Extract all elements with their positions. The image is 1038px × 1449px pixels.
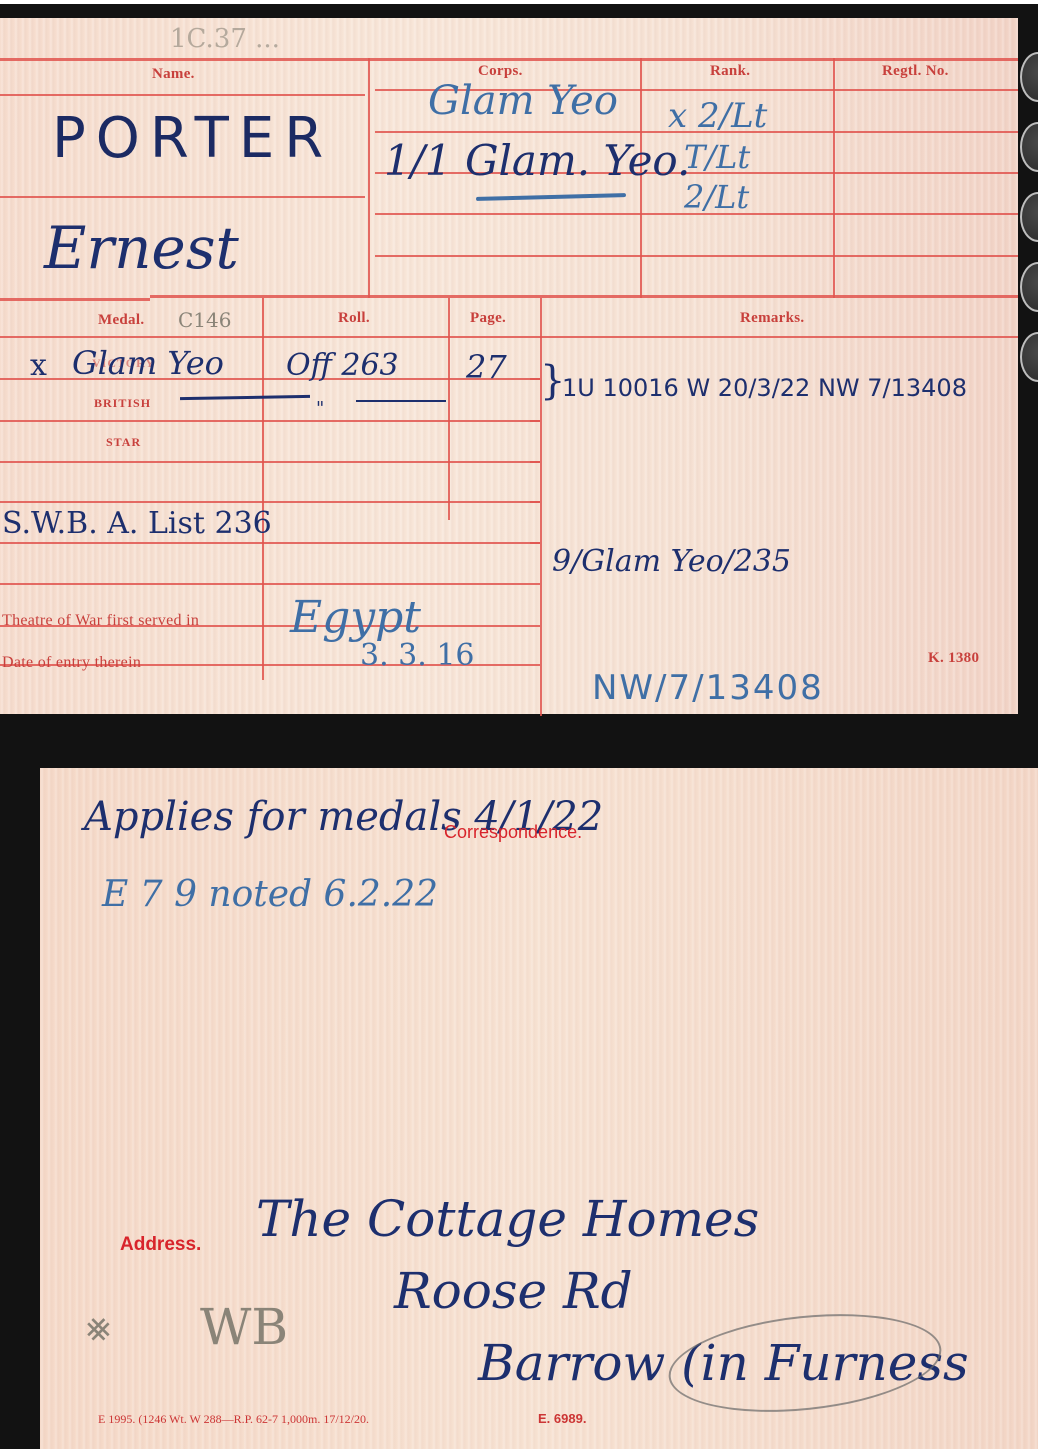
label-remarks: Remarks. <box>740 310 804 327</box>
rule-v <box>262 298 264 680</box>
label-theatre: Theatre of War first served in <box>2 612 199 630</box>
label-address: Address. <box>120 1234 201 1256</box>
rule <box>530 542 540 544</box>
footer-print: E 1995. (1246 Wt. W 288—R.P. 62-7 1,000m… <box>98 1412 369 1427</box>
label-correspondence: Correspondence. <box>444 822 582 843</box>
rule-v <box>368 58 370 298</box>
rule <box>150 295 1018 298</box>
rule <box>0 420 540 422</box>
corps-underline <box>476 193 626 201</box>
rule <box>0 542 540 544</box>
swb-list: S.W.B. A. List 236 <box>2 506 272 541</box>
label-british: British <box>94 396 151 411</box>
corps-line-2: 1/1 Glam. Yeo. <box>384 136 690 185</box>
medal-card-back: Applies for medals 4/1/22 Correspondence… <box>40 768 1038 1449</box>
remarks-line-1: 1U 10016 W 20/3/22 NW 7/13408 <box>562 374 967 402</box>
remarks-line-3: NW/7/13408 <box>592 668 824 708</box>
rule <box>0 461 540 463</box>
label-rank: Rank. <box>710 63 750 80</box>
medal-unit: Glam Yeo <box>72 344 224 382</box>
rank-line-2: T/Lt <box>684 138 750 176</box>
form-code: K. 1380 <box>928 650 979 667</box>
top-annotation: 1C.37 ... <box>170 24 280 54</box>
rule <box>0 583 540 585</box>
rule <box>0 94 365 96</box>
correspondence-line-2: E 7 9 noted 6.2.22 <box>102 874 438 915</box>
rule <box>0 196 365 198</box>
rule <box>0 501 540 503</box>
label-date-entry: Date of entry therein <box>2 654 141 672</box>
rule <box>0 336 1018 338</box>
roll-dash <box>356 400 446 402</box>
theatre-value: Egypt <box>290 592 421 643</box>
initials: WB <box>200 1298 288 1356</box>
medal-underline <box>180 395 310 400</box>
medal-roll-ditto: " <box>316 398 324 419</box>
rule <box>530 501 540 503</box>
label-name: Name. <box>152 66 195 83</box>
rule <box>530 420 540 422</box>
remarks-line-2: 9/Glam Yeo/235 <box>552 544 791 579</box>
pencil-circle <box>664 1302 946 1424</box>
rank-line-1: x 2/Lt <box>668 96 767 136</box>
medal-card-front: 1C.37 ... Name. Corps. Rank. Regtl. No. … <box>0 18 1018 714</box>
rule-top <box>0 58 1018 61</box>
rule <box>530 461 540 463</box>
rule <box>530 378 540 380</box>
surname: PORTER <box>52 106 333 171</box>
rule <box>0 298 150 301</box>
footer-code: E. 6989. <box>538 1411 586 1426</box>
date-entry-value: 3. 3. 16 <box>360 638 475 673</box>
corps-line-1: Glam Yeo <box>428 78 618 124</box>
label-roll: Roll. <box>338 310 370 327</box>
medal-page: 27 <box>466 348 507 386</box>
label-page: Page. <box>470 310 506 327</box>
medal-roll: Off 263 <box>286 348 399 383</box>
rule-v <box>448 298 450 520</box>
medal-cross-mark: x <box>30 348 47 383</box>
address-line-2: Roose Rd <box>394 1262 633 1320</box>
rule <box>375 255 1018 257</box>
medal-note: C146 <box>178 308 231 332</box>
address-line-1: The Cottage Homes <box>256 1190 759 1248</box>
label-star: Star <box>106 435 141 450</box>
pencil-mark: ⨳ <box>86 1304 111 1350</box>
rank-line-3: 2/Lt <box>684 178 749 216</box>
label-regtl-no: Regtl. No. <box>882 63 949 80</box>
forename: Ernest <box>44 214 239 282</box>
label-medal: Medal. <box>98 312 144 329</box>
rule-v <box>833 58 835 298</box>
